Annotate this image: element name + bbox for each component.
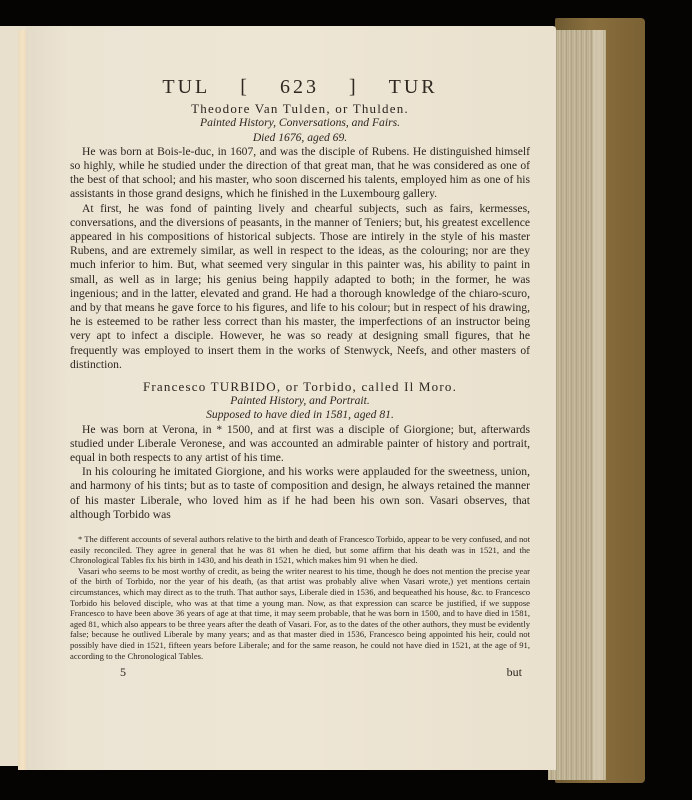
entry-tulden: Theodore Van Tulden, or Thulden. Painted… <box>70 102 530 372</box>
entry-heading: Francesco TURBIDO, or Torbido, called Il… <box>70 380 530 394</box>
entry-subject: Painted History, and Portrait. <box>70 394 530 408</box>
page-text: TUL [ 623 ] TUR Theodore Van Tulden, or … <box>70 80 530 679</box>
footnote-paragraph: Vasari who seems to be most worthy of cr… <box>70 566 530 661</box>
book-photo: TUL [ 623 ] TUR Theodore Van Tulden, or … <box>0 0 692 800</box>
entry-turbido: Francesco TURBIDO, or Torbido, called Il… <box>70 380 530 522</box>
page-number: [ 623 ] <box>240 80 358 94</box>
footnote-paragraph: * The different accounts of several auth… <box>70 534 530 566</box>
paragraph: He was born at Verona, in * 1500, and at… <box>70 423 530 466</box>
entry-dates: Died 1676, aged 69. <box>70 131 530 145</box>
paragraph: In his colouring he imitated Giorgione, … <box>70 465 530 522</box>
page-footer: 5 but <box>70 665 530 679</box>
catchword: but <box>507 665 522 679</box>
running-head-left: TUL <box>162 80 210 94</box>
paragraph: He was born at Bois-le-duc, in 1607, and… <box>70 145 530 202</box>
paragraph: At first, he was fond of painting lively… <box>70 202 530 372</box>
entry-dates: Supposed to have died in 1581, aged 81. <box>70 408 530 422</box>
running-head: TUL [ 623 ] TUR <box>70 80 530 94</box>
signature-mark: 5 <box>120 665 126 679</box>
entry-subject: Painted History, Conversations, and Fair… <box>70 116 530 130</box>
running-head-right: TUR <box>389 80 438 94</box>
footnote: * The different accounts of several auth… <box>70 534 530 661</box>
entry-heading: Theodore Van Tulden, or Thulden. <box>70 102 530 116</box>
page-edge-highlight <box>593 30 603 780</box>
